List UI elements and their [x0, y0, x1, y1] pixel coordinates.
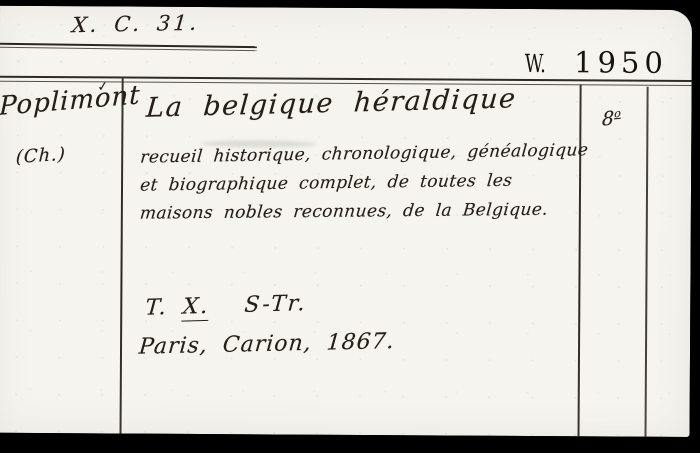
scanned-catalog-card: X. C. 31. W. 1950 ✓ Poplimont (Ch.) La b… — [0, 0, 700, 453]
imprint-line: Paris, Carion, 1867. — [138, 329, 396, 360]
volume-line: T. X. S-Tr. — [144, 291, 307, 323]
format-notation: 8o — [602, 107, 622, 131]
volume-range: S-Tr. — [244, 291, 308, 318]
author-column-divider — [120, 78, 124, 434]
entry-title: La belgique héraldique — [145, 83, 518, 123]
format-ordinal: o — [614, 107, 621, 121]
series-number: 1950 — [574, 45, 668, 80]
right-column-divider — [645, 87, 649, 437]
volume-prefix: T. — [144, 295, 168, 321]
description-line: et biographique complet, de toutes les — [139, 171, 513, 196]
series-stamp: W. 1950 — [525, 45, 668, 80]
description-line: maisons nobles reconnues, de la Belgique… — [139, 200, 549, 224]
series-letter: W. — [525, 49, 546, 78]
shelfmark: X. C. 31. — [71, 11, 200, 38]
format-column-divider — [578, 84, 582, 436]
format-size: 8 — [602, 107, 615, 130]
catalog-card: X. C. 31. W. 1950 ✓ Poplimont (Ch.) La b… — [0, 6, 692, 437]
author-surname: Poplimont — [0, 80, 141, 122]
shelfmark-underline — [0, 43, 257, 51]
author-forename: (Ch.) — [15, 144, 66, 168]
volume-number: X. — [182, 294, 211, 322]
